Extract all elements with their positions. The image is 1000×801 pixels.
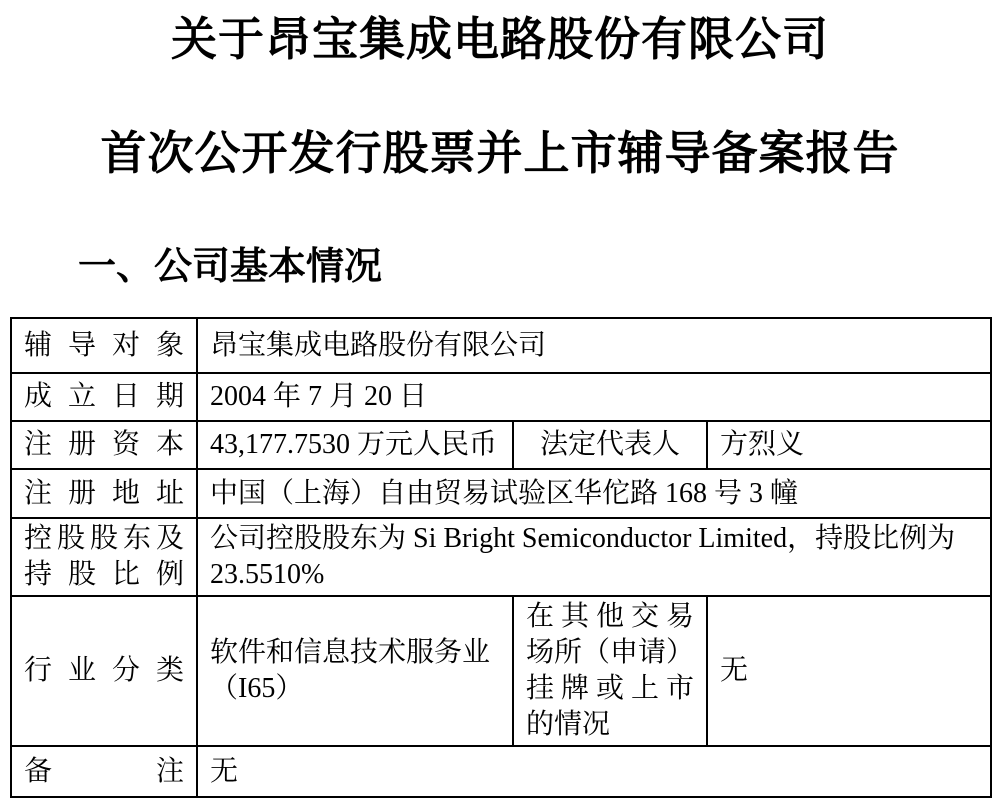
registered-capital-label: 注册资本 [11, 421, 197, 469]
controlling-shareholder-label: 控股股东及持股比例 [11, 518, 197, 596]
table-row-controlling-shareholder: 控股股东及持股比例 公司控股股东为 Si Bright Semiconducto… [11, 518, 991, 596]
other-market-listing-label-line: 挂牌或上市 [526, 671, 694, 707]
industry-classification-label: 行业分类 [11, 596, 197, 746]
registered-address-label: 注册地址 [11, 469, 197, 518]
establishment-date-value: 2004 年 7 月 20 日 [197, 373, 991, 421]
company-info-table: 辅导对象 昂宝集成电路股份有限公司 成立日期 2004 年 7 月 20 日 注… [10, 317, 992, 798]
other-market-listing-value: 无 [707, 596, 991, 746]
table-row-registered-capital: 注册资本 43,177.7530 万元人民币 法定代表人 方烈义 [11, 421, 991, 469]
section-heading: 一、公司基本情况 [78, 246, 1000, 290]
document-title-line2: 首次公开发行股票并上市辅导备案报告 [0, 127, 1000, 180]
table-row-industry-classification: 行业分类 软件和信息技术服务业（I65） 在其他交易 场所（申请） 挂牌或上市 … [11, 596, 991, 746]
registered-capital-value: 43,177.7530 万元人民币 [197, 421, 513, 469]
document-title-line1: 关于昂宝集成电路股份有限公司 [0, 0, 1000, 66]
legal-representative-value: 方烈义 [707, 421, 991, 469]
table-row-remarks: 备注 无 [11, 746, 991, 797]
table-row-registered-address: 注册地址 中国（上海）自由贸易试验区华佗路 168 号 3 幢 [11, 469, 991, 518]
legal-representative-label: 法定代表人 [513, 421, 707, 469]
other-market-listing-label-line: 场所（申请） [526, 635, 694, 671]
remarks-label: 备注 [11, 746, 197, 797]
remarks-value: 无 [197, 746, 991, 797]
establishment-date-label: 成立日期 [11, 373, 197, 421]
industry-classification-value: 软件和信息技术服务业（I65） [197, 596, 513, 746]
table-row-coaching-target: 辅导对象 昂宝集成电路股份有限公司 [11, 318, 991, 373]
other-market-listing-label-line: 的情况 [526, 707, 694, 743]
document-page: 关于昂宝集成电路股份有限公司 首次公开发行股票并上市辅导备案报告 一、公司基本情… [0, 0, 1000, 801]
coaching-target-label: 辅导对象 [11, 318, 197, 373]
table-row-establishment-date: 成立日期 2004 年 7 月 20 日 [11, 373, 991, 421]
other-market-listing-label: 在其他交易 场所（申请） 挂牌或上市 的情况 [513, 596, 707, 746]
coaching-target-value: 昂宝集成电路股份有限公司 [197, 318, 991, 373]
registered-address-value: 中国（上海）自由贸易试验区华佗路 168 号 3 幢 [197, 469, 991, 518]
other-market-listing-label-line: 在其他交易 [526, 599, 694, 635]
controlling-shareholder-value: 公司控股股东为 Si Bright Semiconductor Limited，… [197, 518, 991, 596]
